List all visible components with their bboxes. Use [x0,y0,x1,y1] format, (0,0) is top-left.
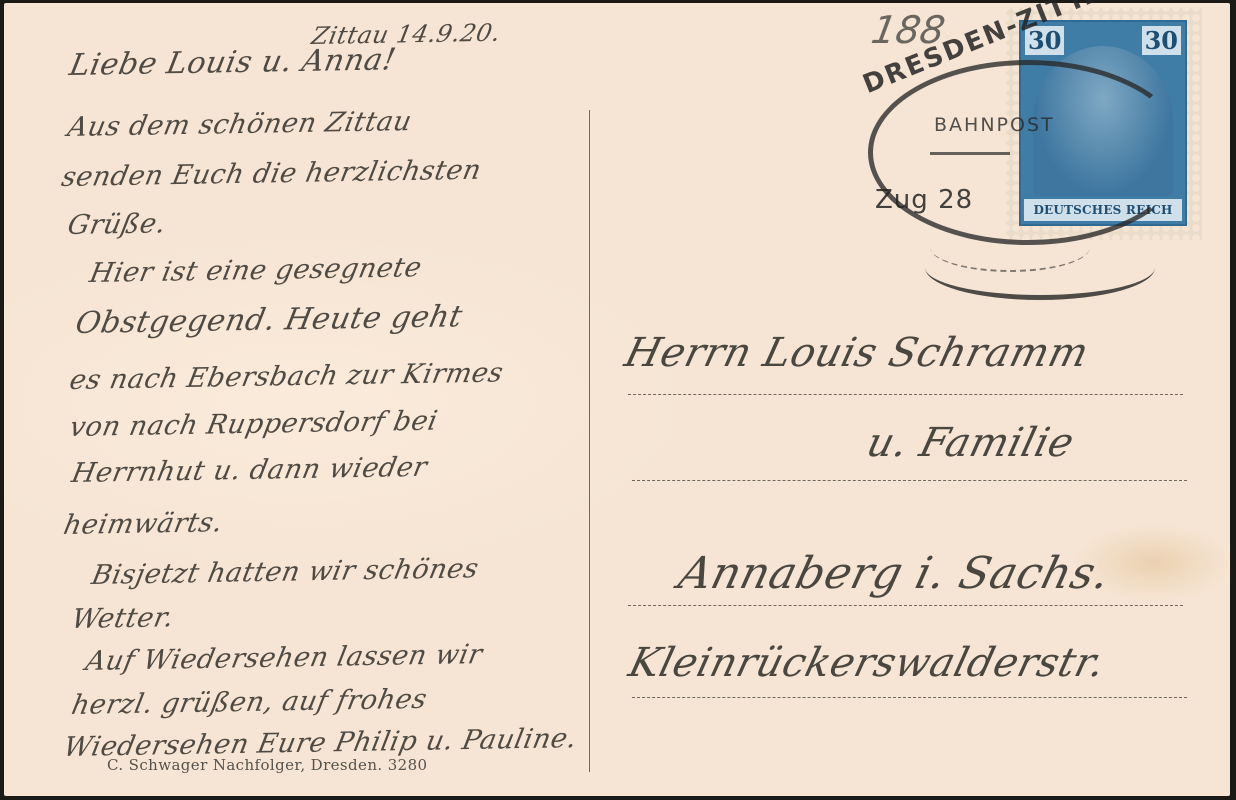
message-line: von nach Ruppersdorf bei [67,406,440,443]
message-line: herzl. grüßen, auf frohes [69,684,430,721]
address-rule [632,697,1187,698]
message-line: Herrnhut u. dann wieder [69,452,430,489]
postmark-train-number: Zug 28 [875,185,973,215]
message-line: heimwärts. [61,507,226,541]
publisher-imprint: C. Schwager Nachfolger, Dresden. 3280 [107,756,427,774]
postmark-number: 28 [938,185,973,215]
message-line: Hier ist eine gesegnete [87,252,424,289]
address-line-street: Kleinrückerswalderstr. [624,640,1110,686]
message-line: Grüße. [65,208,169,241]
address-line-city: Annaberg i. Sachs. [674,548,1116,599]
address-rule [628,605,1183,606]
message-line: Aus dem schönen Zittau [65,106,415,143]
postmark-prefix: Zug [875,185,929,215]
address-line-name: Herrn Louis Schramm [620,330,1093,376]
address-rule [632,480,1187,481]
postmark-type: BAHNPOST [934,114,1055,136]
postmark-oval [868,60,1188,245]
center-divider [589,110,590,772]
postmark-bar [930,152,1010,155]
salutation: Liebe Louis u. Anna! [67,42,399,83]
postmark-swoosh-dashed [930,222,1090,272]
message-line: Wetter. [69,602,177,635]
stamp-value-right: 30 [1142,26,1181,55]
message-line: Obstgegend. Heute geht [73,299,466,341]
address-rule [628,394,1183,395]
address-line-family: u. Familie [862,420,1079,466]
